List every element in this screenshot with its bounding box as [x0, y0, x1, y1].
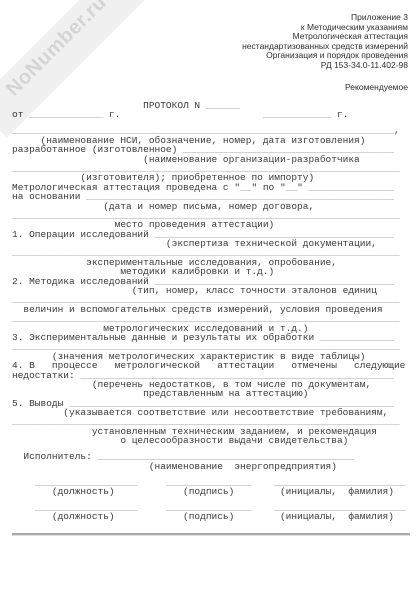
blank-underline: _____________: [29, 109, 103, 120]
line-gap: [12, 522, 414, 529]
doc-line: о целесообразности выдачи свидетельства): [12, 436, 414, 445]
divider-line: [12, 533, 410, 536]
header-reference-line: РД 153-34.0-11.402-98: [242, 61, 408, 71]
header-references: Приложение 3к Методическим указаниямМетр…: [242, 13, 408, 71]
doc-line: (должность) (подпись) (инициалы, фамилия…: [12, 487, 414, 496]
doc-line: (наименование энергопредприятия): [12, 462, 414, 471]
recommended-label: Рекомендуемое: [345, 82, 408, 92]
doc-line: (должность) (подпись) (инициалы, фамилия…: [12, 512, 414, 521]
doc-line: от _____________ г. ____________ г.: [12, 110, 414, 119]
document-body: ПРОТОКОЛ N ______от _____________ г. ___…: [12, 101, 414, 536]
blank-underline: ____________: [263, 109, 331, 120]
